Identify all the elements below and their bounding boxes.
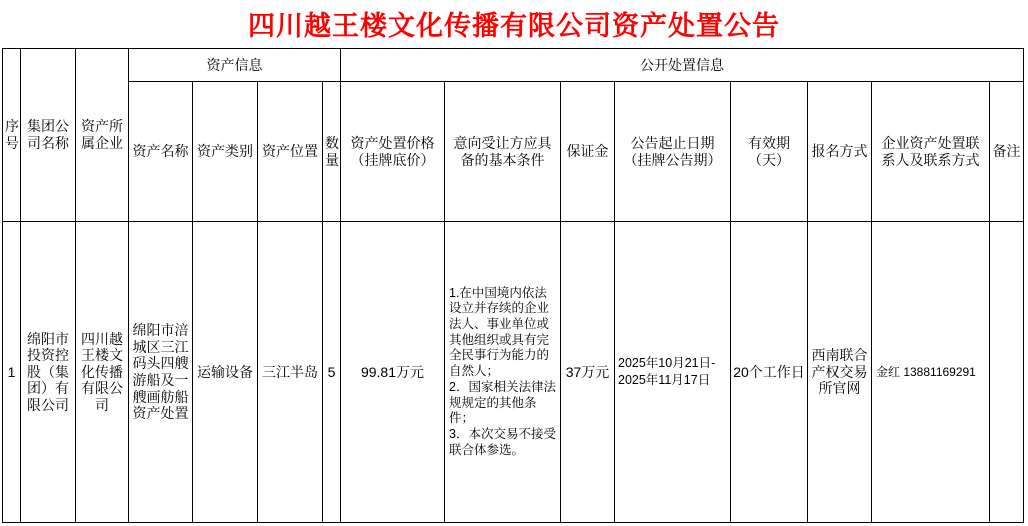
cell-conditions: 1.在中国境内依法 设立并存续的企业 法人、事业单位或 其他组织或具有完 全民事…: [445, 222, 561, 523]
header-deposit: 保证金: [561, 82, 615, 222]
header-row-columns: 资产名称 资产类别 资产位置 数量 资产处置价格 （挂牌底价） 意向受让方应具 …: [3, 82, 1024, 222]
cell-deposit: 37万元: [561, 222, 615, 523]
cell-asset-type: 运输设备: [193, 222, 258, 523]
cell-price: 99.81万元: [341, 222, 445, 523]
header-group-company: 集团公司名称: [21, 49, 76, 222]
header-registration: 报名方式: [808, 82, 872, 222]
cell-period: 2025年10月21日- 2025年11月17日: [615, 222, 731, 523]
header-quantity: 数量: [323, 82, 341, 222]
header-row-groups: 序号 集团公司名称 资产所属企业 资产信息 公开处置信息: [3, 49, 1024, 82]
announcement-table: 序号 集团公司名称 资产所属企业 资产信息 公开处置信息 资产名称 资产类别 资…: [2, 48, 1024, 523]
header-price: 资产处置价格 （挂牌底价）: [341, 82, 445, 222]
header-group-disposal-info: 公开处置信息: [341, 49, 1024, 82]
cell-seq: 1: [3, 222, 21, 523]
page: 四川越王楼文化传播有限公司资产处置公告 序号 集团公司名称 资产所属企业 资产信…: [0, 0, 1028, 526]
cell-remarks: [990, 222, 1024, 523]
header-owner-company: 资产所属企业: [76, 49, 129, 222]
header-seq: 序号: [3, 49, 21, 222]
cell-registration: 西南联合产权交易所官网: [808, 222, 872, 523]
header-asset-location: 资产位置: [258, 82, 323, 222]
header-conditions: 意向受让方应具 备的基本条件: [445, 82, 561, 222]
header-asset-type: 资产类别: [193, 82, 258, 222]
cell-asset-name: 绵阳市涪城区三江码头四艘游船及一艘画舫船资产处置: [129, 222, 193, 523]
page-title: 四川越王楼文化传播有限公司资产处置公告: [0, 0, 1028, 47]
cell-quantity: 5: [323, 222, 341, 523]
header-asset-name: 资产名称: [129, 82, 193, 222]
cell-group-company: 绵阳市投资控股（集团）有限公司: [21, 222, 76, 523]
cell-contact: 金红 13881169291: [872, 222, 990, 523]
header-period: 公告起止日期 （挂牌公告期）: [615, 82, 731, 222]
header-contact: 企业资产处置联 系人及联系方式: [872, 82, 990, 222]
cell-asset-location: 三江半岛: [258, 222, 323, 523]
cell-validity: 20个工作日: [731, 222, 808, 523]
header-group-asset-info: 资产信息: [129, 49, 341, 82]
table-row: 1 绵阳市投资控股（集团）有限公司 四川越王楼文化传播有限公司 绵阳市涪城区三江…: [3, 222, 1024, 523]
cell-owner-company: 四川越王楼文化传播有限公司: [76, 222, 129, 523]
header-validity: 有效期 （天）: [731, 82, 808, 222]
header-remarks: 备注: [990, 82, 1024, 222]
